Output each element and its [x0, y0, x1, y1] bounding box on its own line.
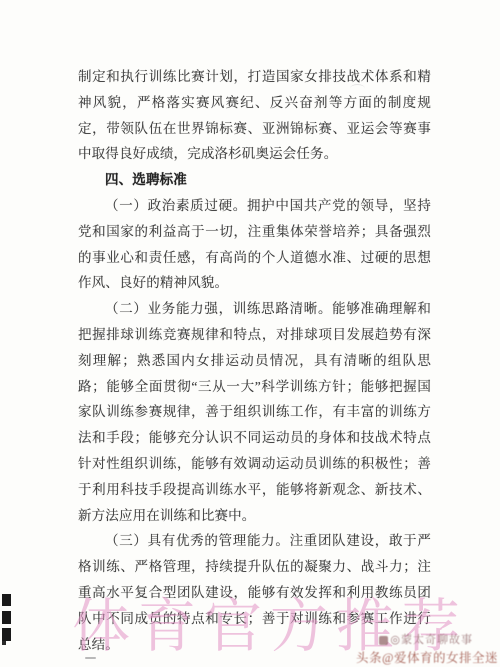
scan-artifact-tab	[2, 611, 11, 624]
paragraph: （二）业务能力强，训练思路清晰。能够准确理解和把握排球训练竞赛规律和特点，对排球…	[78, 296, 431, 528]
paragraph: （一）政治素质过硬。拥护中国共产党的领导，坚持党和国家的利益高于一切，注重集体荣…	[78, 193, 431, 296]
document-body: 制定和执行训练比赛计划，打造国家女排技战术体系和精神风貌，严格落实赛风赛纪、反兴…	[78, 64, 431, 657]
platform-watermark-line2: 头条@爱体育的女排全迷	[356, 650, 498, 667]
scanned-document-page: 制定和执行训练比赛计划，打造国家女排技战术体系和精神风貌，严格落实赛风赛纪、反兴…	[0, 0, 500, 667]
platform-logo-icon	[379, 636, 388, 645]
scan-artifact-dash	[85, 657, 96, 659]
scan-artifact-dot	[2, 641, 6, 645]
platform-watermark-text1: ◎蒙太奇聊故事	[390, 633, 473, 647]
scan-artifact-mark	[350, 84, 365, 93]
scan-artifact-tab	[2, 628, 11, 641]
paragraph: （三）具有优秀的管理能力。注重团队建设，敢于严格训练、严格管理，持续提升队伍的凝…	[78, 528, 431, 657]
paragraph: 制定和执行训练比赛计划，打造国家女排技战术体系和精神风貌，严格落实赛风赛纪、反兴…	[78, 64, 431, 167]
platform-watermark-line1: ◎蒙太奇聊故事	[379, 633, 473, 647]
scan-artifact-tab	[2, 594, 11, 606]
section-heading: 四、选聘标准	[78, 167, 431, 193]
